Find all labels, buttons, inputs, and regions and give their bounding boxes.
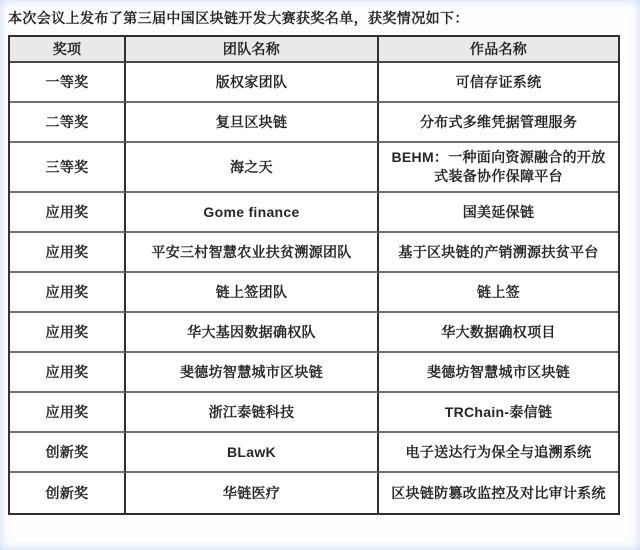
award-cell: 应用奖 (10, 313, 126, 353)
column-header-award: 奖项 (10, 37, 126, 63)
award-cell: 应用奖 (10, 353, 126, 393)
award-cell: 应用奖 (10, 393, 126, 433)
table-row: 创新奖 华链医疗 区块链防篡改监控及对比审计系统 (10, 473, 618, 513)
work-cell: 国美延保链 (379, 193, 618, 233)
team-cell: 海之天 (126, 143, 379, 193)
work-cell: BEHM：一种面向资源融合的开放式装备协作保障平台 (379, 143, 618, 193)
table-row: 二等奖 复旦区块链 分布式多维凭据管理服务 (10, 103, 618, 143)
team-cell: Gome finance (126, 193, 379, 233)
intro-text: 本次会议上发布了第三届中国区块链开发大赛获奖名单，获奖情况如下： (8, 10, 620, 26)
team-cell: 平安三村智慧农业扶贫溯源团队 (126, 233, 379, 273)
column-header-team: 团队名称 (126, 37, 379, 63)
work-cell: 斐德坊智慧城市区块链 (379, 353, 618, 393)
work-cell: 华大数据确权项目 (379, 313, 618, 353)
document-page: 本次会议上发布了第三届中国区块链开发大赛获奖名单，获奖情况如下： 奖项 团队名称… (0, 0, 640, 550)
table-row: 应用奖 平安三村智慧农业扶贫溯源团队 基于区块链的产销溯源扶贫平台 (10, 233, 618, 273)
award-cell: 一等奖 (10, 63, 126, 103)
work-cell: 链上签 (379, 273, 618, 313)
team-cell: 复旦区块链 (126, 103, 379, 143)
table-row: 应用奖 华大基因数据确权队 华大数据确权项目 (10, 313, 618, 353)
table-header-row: 奖项 团队名称 作品名称 (10, 37, 618, 63)
work-cell: 可信存证系统 (379, 63, 618, 103)
work-cell: 区块链防篡改监控及对比审计系统 (379, 473, 618, 513)
award-cell: 二等奖 (10, 103, 126, 143)
table-row: 三等奖 海之天 BEHM：一种面向资源融合的开放式装备协作保障平台 (10, 143, 618, 193)
award-cell: 创新奖 (10, 473, 126, 513)
table-row: 一等奖 版权家团队 可信存证系统 (10, 63, 618, 103)
team-cell: 浙江泰链科技 (126, 393, 379, 433)
team-cell: 华大基因数据确权队 (126, 313, 379, 353)
team-cell: 版权家团队 (126, 63, 379, 103)
award-cell: 应用奖 (10, 233, 126, 273)
work-cell: 分布式多维凭据管理服务 (379, 103, 618, 143)
award-cell: 三等奖 (10, 143, 126, 193)
table-row: 创新奖 BLawK 电子送达行为保全与追溯系统 (10, 433, 618, 473)
work-cell: TRChain-泰信链 (379, 393, 618, 433)
award-cell: 应用奖 (10, 273, 126, 313)
work-cell: 基于区块链的产销溯源扶贫平台 (379, 233, 618, 273)
award-cell: 应用奖 (10, 193, 126, 233)
table-row: 应用奖 斐德坊智慧城市区块链 斐德坊智慧城市区块链 (10, 353, 618, 393)
team-cell: 链上签团队 (126, 273, 379, 313)
team-cell: 斐德坊智慧城市区块链 (126, 353, 379, 393)
team-cell: 华链医疗 (126, 473, 379, 513)
table-row: 应用奖 浙江泰链科技 TRChain-泰信链 (10, 393, 618, 433)
award-cell: 创新奖 (10, 433, 126, 473)
awards-table: 奖项 团队名称 作品名称 一等奖 版权家团队 可信存证系统 二等奖 复旦区块链 … (8, 35, 620, 515)
team-cell: BLawK (126, 433, 379, 473)
table-row: 应用奖 Gome finance 国美延保链 (10, 193, 618, 233)
work-cell: 电子送达行为保全与追溯系统 (379, 433, 618, 473)
table-row: 应用奖 链上签团队 链上签 (10, 273, 618, 313)
column-header-work: 作品名称 (379, 37, 618, 63)
